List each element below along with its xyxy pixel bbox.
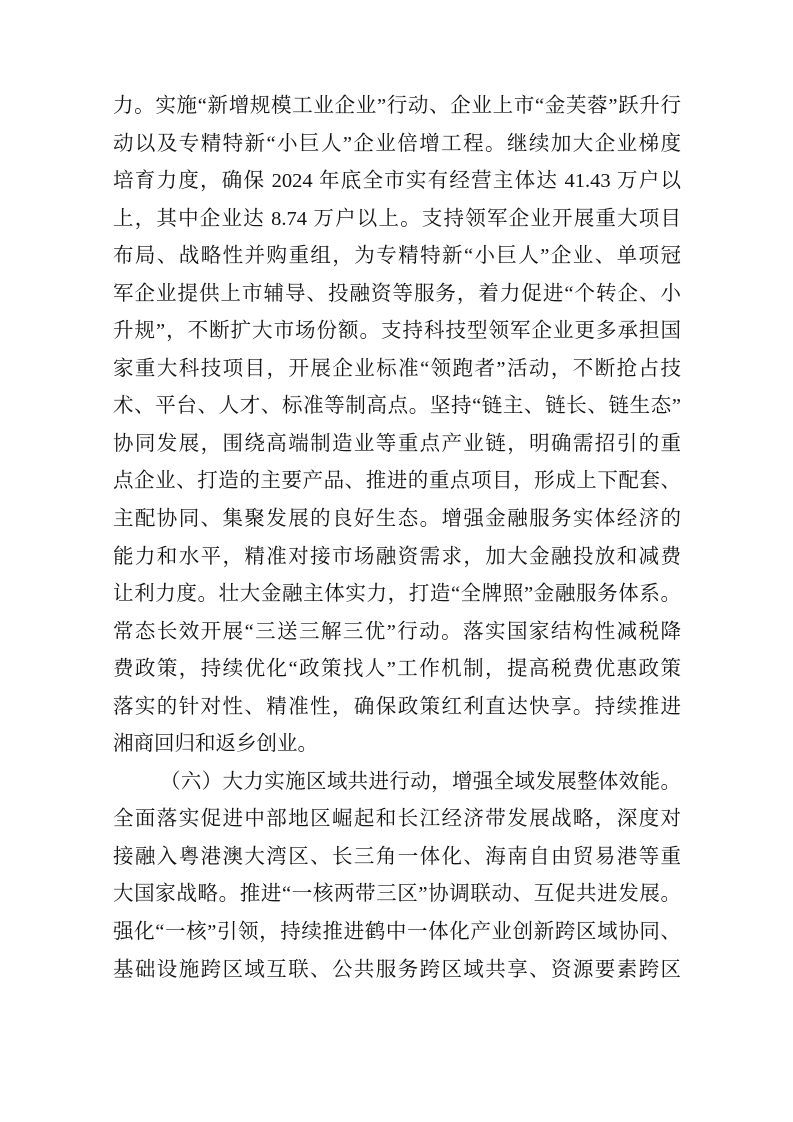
text-line: 能力和水平，精准对接市场融资需求，加大金融投放和减费 xyxy=(113,539,681,577)
text-line: 大国家战略。推进“一核两带三区”协调联动、互促共进发展。 xyxy=(113,876,681,914)
paragraph-section-6: （六）大力实施区域共进行动，增强全域发展整体效能。 全面落实促进中部地区崛起和长… xyxy=(113,764,681,989)
text-line: 家重大科技项目，开展企业标准“领跑者”活动，不断抢占技 xyxy=(113,351,681,389)
text-line: 点企业、打造的主要产品、推进的重点项目，形成上下配套、 xyxy=(113,463,681,501)
text-line: 全面落实促进中部地区崛起和长江经济带发展战略，深度对 xyxy=(113,801,681,839)
text-block: 力。实施“新增规模工业企业”行动、企业上市“金芙蓉”跃升行 动以及专精特新“小巨… xyxy=(113,88,681,989)
text-line: 培育力度，确保 2024 年底全市实有经营主体达 41.43 万户以 xyxy=(113,163,681,201)
text-line: 基础设施跨区域互联、公共服务跨区域共享、资源要素跨区 xyxy=(113,952,681,990)
text-line: 布局、战略性并购重组，为专精特新“小巨人”企业、单项冠 xyxy=(113,238,681,276)
text-line: 主配协同、集聚发展的良好生态。增强金融服务实体经济的 xyxy=(113,501,681,539)
paragraph-continuation: 力。实施“新增规模工业企业”行动、企业上市“金芙蓉”跃升行 动以及专精特新“小巨… xyxy=(113,88,681,764)
text-line: 协同发展，围绕高端制造业等重点产业链，明确需招引的重 xyxy=(113,426,681,464)
text-line: 落实的针对性、精准性，确保政策红利直达快享。持续推进 xyxy=(113,689,681,727)
text-line: 常态长效开展“三送三解三优”行动。落实国家结构性减税降 xyxy=(113,614,681,652)
text-line: 湘商回归和返乡创业。 xyxy=(113,726,681,764)
text-line: 军企业提供上市辅导、投融资等服务，着力促进“个转企、小 xyxy=(113,276,681,314)
text-line: 强化“一核”引领，持续推进鹤中一体化产业创新跨区域协同、 xyxy=(113,914,681,952)
text-line: 升规”，不断扩大市场份额。支持科技型领军企业更多承担国 xyxy=(113,313,681,351)
document-page: 力。实施“新增规模工业企业”行动、企业上市“金芙蓉”跃升行 动以及专精特新“小巨… xyxy=(0,0,793,1122)
text-line: 接融入粤港澳大湾区、长三角一体化、海南自由贸易港等重 xyxy=(113,839,681,877)
text-line: 上，其中企业达 8.74 万户以上。支持领军企业开展重大项目 xyxy=(113,201,681,239)
section-heading-line: （六）大力实施区域共进行动，增强全域发展整体效能。 xyxy=(113,764,681,802)
text-line: 费政策，持续优化“政策找人”工作机制，提高税费优惠政策 xyxy=(113,651,681,689)
text-line: 力。实施“新增规模工业企业”行动、企业上市“金芙蓉”跃升行 xyxy=(113,88,681,126)
text-line: 术、平台、人才、标准等制高点。坚持“链主、链长、链生态” xyxy=(113,388,681,426)
text-line: 动以及专精特新“小巨人”企业倍增工程。继续加大企业梯度 xyxy=(113,126,681,164)
text-line: 让利力度。壮大金融主体实力，打造“全牌照”金融服务体系。 xyxy=(113,576,681,614)
